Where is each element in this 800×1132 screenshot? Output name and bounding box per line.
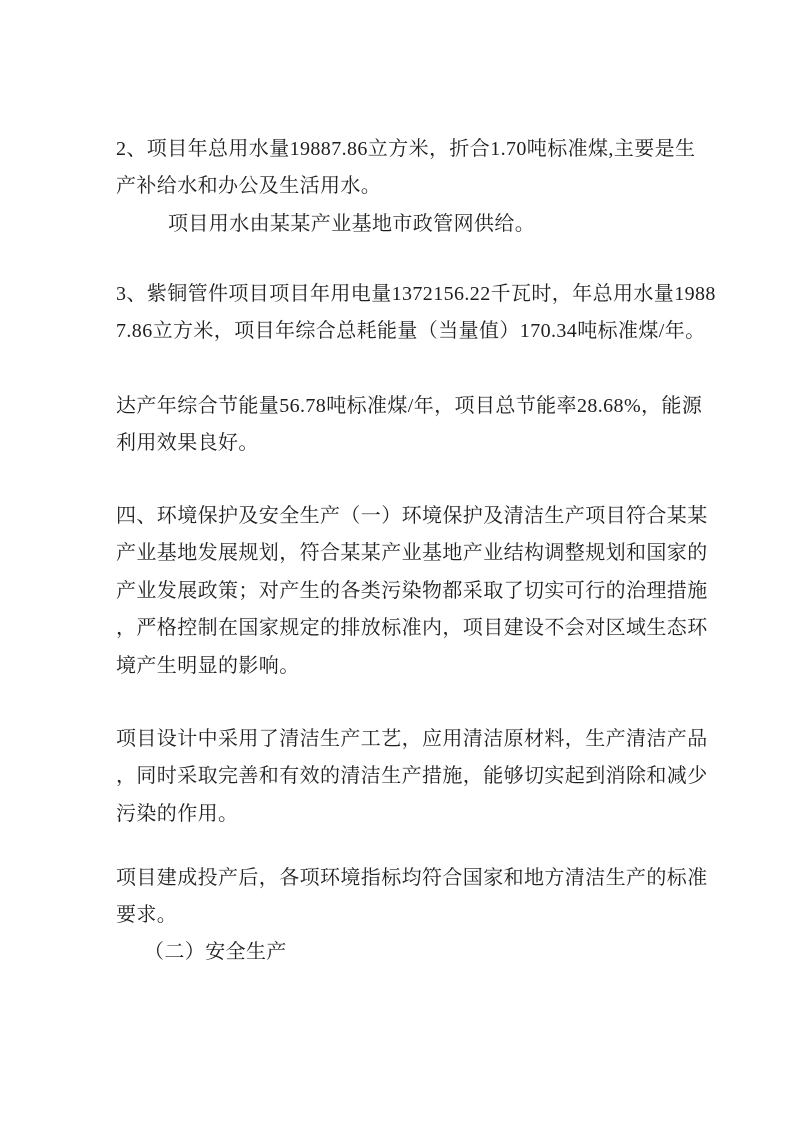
paragraph-safety-production-heading: （二）安全生产 [116, 934, 696, 971]
text-line: 7.86立方米，项目年综合总耗能量（当量值）170.34吨标准煤/年。 [116, 313, 696, 350]
text-line: 产补给水和办公及生活用水。 [116, 168, 696, 205]
document-page: 2、项目年总用水量19887.86立方米，折合1.70吨标准煤,主要是生产补给水… [0, 0, 800, 1132]
paragraph-environmental-protection-and-safety: 四、环境保护及安全生产（一）环境保护及清洁生产项目符合某某产业基地发展规划，符合… [116, 498, 696, 685]
text-line: 要求。 [116, 897, 696, 934]
text-line: 污染的作用。 [116, 796, 696, 833]
text-line: 3、紫铜管件项目项目年用电量1372156.22千瓦时，年总用水量1988 [116, 276, 696, 313]
text-line: 利用效果良好。 [116, 425, 696, 462]
text-line: （二）安全生产 [116, 934, 696, 971]
text-line: 境产生明显的影响。 [116, 648, 696, 685]
paragraph-clean-production-design: 项目设计中采用了清洁生产工艺，应用清洁原材料，生产清洁产品，同时采取完善和有效的… [116, 721, 696, 833]
text-line: 产业基地发展规划，符合某某产业基地产业结构调整规划和国家的 [116, 535, 696, 572]
text-line: 项目设计中采用了清洁生产工艺，应用清洁原材料，生产清洁产品 [116, 721, 696, 758]
text-line: ，同时采取完善和有效的清洁生产措施，能够切实起到消除和减少 [116, 758, 696, 795]
text-line: ，严格控制在国家规定的排放标准内，项目建设不会对区域生态环 [116, 610, 696, 647]
paragraph-annual-power-consumption: 3、紫铜管件项目项目年用电量1372156.22千瓦时，年总用水量19887.8… [116, 276, 696, 351]
text-line: 达产年综合节能量56.78吨标准煤/年，项目总节能率28.68%，能源 [116, 388, 696, 425]
text-line: 项目建成投产后，各项环境指标均符合国家和地方清洁生产的标准 [116, 860, 696, 897]
text-line: 四、环境保护及安全生产（一）环境保护及清洁生产项目符合某某 [116, 498, 696, 535]
paragraph-energy-saving: 达产年综合节能量56.78吨标准煤/年，项目总节能率28.68%，能源利用效果良… [116, 388, 696, 463]
paragraph-standards-compliance: 项目建成投产后，各项环境指标均符合国家和地方清洁生产的标准要求。 [116, 860, 696, 935]
text-line: 项目用水由某某产业基地市政管网供给。 [116, 206, 696, 243]
text-line: 2、项目年总用水量19887.86立方米，折合1.70吨标准煤,主要是生 [116, 131, 696, 168]
paragraph-annual-water-usage: 2、项目年总用水量19887.86立方米，折合1.70吨标准煤,主要是生产补给水… [116, 131, 696, 243]
text-line: 产业发展政策；对产生的各类污染物都采取了切实可行的治理措施 [116, 573, 696, 610]
